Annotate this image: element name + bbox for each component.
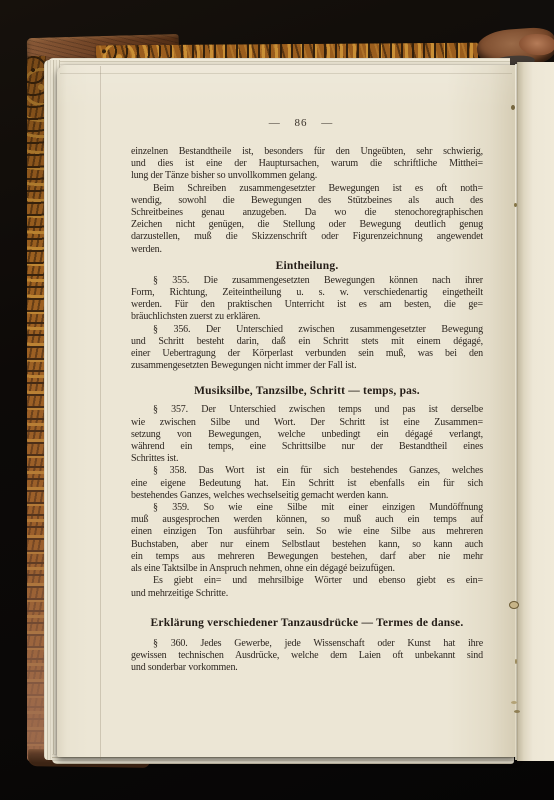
text-line: Beim Schreiben zusammengesetzter Bewegun…	[131, 183, 483, 195]
paragraph: § 356. Der Unterschied zwischen zusammen…	[131, 324, 483, 373]
text-line: bestehendes Ganzes, welches wechselseiti…	[131, 490, 483, 502]
text-line: einer Uebertragung der Körperlast verbun…	[131, 348, 483, 360]
text-line: setzung von Bewegungen, welche unbedingt…	[131, 429, 483, 441]
page-number: — 86 —	[131, 117, 471, 129]
text-line: Schrittes ist.	[131, 453, 483, 465]
paragraph: § 358. Das Wort ist ein für sich bestehe…	[131, 465, 483, 502]
text-line: gewissen technischen Ausdrücke, welche d…	[131, 650, 483, 662]
text-line: § 359. So wie eine Silbe mit einer einzi…	[131, 502, 483, 514]
section-heading: Eintheilung.	[131, 259, 483, 273]
text-line: zusammengesetzten Bewegungen nicht immer…	[131, 360, 483, 372]
paragraph: Beim Schreiben zusammengesetzter Bewegun…	[131, 183, 483, 256]
text-line: § 358. Das Wort ist ein für sich bestehe…	[131, 465, 483, 477]
paper-crease-horizontal	[60, 73, 512, 74]
paragraph: Es giebt ein= und mehrsilbige Wörter und…	[131, 575, 483, 599]
text-line: § 357. Der Unterschied zwischen temps un…	[131, 404, 483, 416]
text-line: ein temps aus mehreren Bewegungen besteh…	[131, 551, 483, 563]
paragraph: § 359. So wie eine Silbe mit einer einzi…	[131, 502, 483, 575]
text-line: werden. Für den praktischen Unterricht i…	[131, 299, 483, 311]
text-line: bräuchlichsten zuerst zu erklären.	[131, 311, 483, 323]
sewing-hole	[514, 203, 517, 207]
text-line: einen einzigen Ton ausführbar sein. So w…	[131, 526, 483, 538]
sewing-hole	[511, 105, 515, 110]
paragraph: § 355. Die zusammengesetzten Bewegungen …	[131, 275, 483, 324]
sewing-hole	[514, 710, 520, 713]
text-line: und dies ist eine der Hauptursachen, war…	[131, 158, 483, 170]
text-line: eine eigene Bedeutung hat. Ein Schritt i…	[131, 478, 483, 490]
page-text: einzelnen Bestandtheile ist, besonders f…	[131, 146, 483, 674]
text-line: § 360. Jedes Gewerbe, jede Wissenschaft …	[131, 638, 483, 650]
text-line: § 355. Die zusammengesetzten Bewegungen …	[131, 275, 483, 287]
text-line: Buchstaben, aber nur einem Selbstlaut be…	[131, 539, 483, 551]
text-line: als eine Taktsilbe in Anspruch nehmen, o…	[131, 563, 483, 575]
text-line: und Schritt besteht darin, daß ein Schri…	[131, 336, 483, 348]
facing-page-sliver	[517, 62, 554, 761]
section-heading: Musiksilbe, Tanzsilbe, Schritt — temps, …	[131, 384, 483, 398]
sewing-hole	[511, 701, 517, 704]
text-line: einzelnen Bestandtheile ist, besonders f…	[131, 146, 483, 158]
gutter-fold	[515, 64, 517, 760]
text-line: Zeichen nicht genügen, die Stellung oder…	[131, 219, 483, 231]
paragraph: § 360. Jedes Gewerbe, jede Wissenschaft …	[131, 638, 483, 675]
section-heading: Erklärung verschiedener Tanzausdrücke — …	[131, 616, 483, 630]
paper-crease-vertical	[100, 66, 101, 760]
text-line: und sonderbar vorkommen.	[131, 662, 483, 674]
text-line: lung der Tänze bisher so unvollkommen ge…	[131, 170, 483, 182]
sewing-hole	[515, 659, 517, 664]
photo-of-book-page: { "colors":{ "background":"#0d0a08", "pa…	[0, 0, 554, 800]
sewing-hole	[509, 601, 519, 609]
text-line: werden.	[131, 244, 483, 256]
text-line: darzustellen, muß die Skizzenschrift ode…	[131, 231, 483, 243]
text-line: muß ausgesprochen werden können, so muß …	[131, 514, 483, 526]
text-line: Es giebt ein= und mehrsilbige Wörter und…	[131, 575, 483, 587]
text-line: Schreitbeines genau anzugeben. Da wo die…	[131, 207, 483, 219]
text-line: wie zwischen Silbe und Wort. Der Schritt…	[131, 417, 483, 429]
text-line: Form, Richtung, Zeiteintheilung u. s. w.…	[131, 287, 483, 299]
text-line: wendig, sowohl die Bewegungen des Stützb…	[131, 195, 483, 207]
text-line: während ein temps, eine Schrittsilbe nur…	[131, 441, 483, 453]
paragraph: einzelnen Bestandtheile ist, besonders f…	[131, 146, 483, 183]
paragraph: § 357. Der Unterschied zwischen temps un…	[131, 404, 483, 465]
text-line: und mehrzeitige Schritte.	[131, 588, 483, 600]
text-line: § 356. Der Unterschied zwischen zusammen…	[131, 324, 483, 336]
